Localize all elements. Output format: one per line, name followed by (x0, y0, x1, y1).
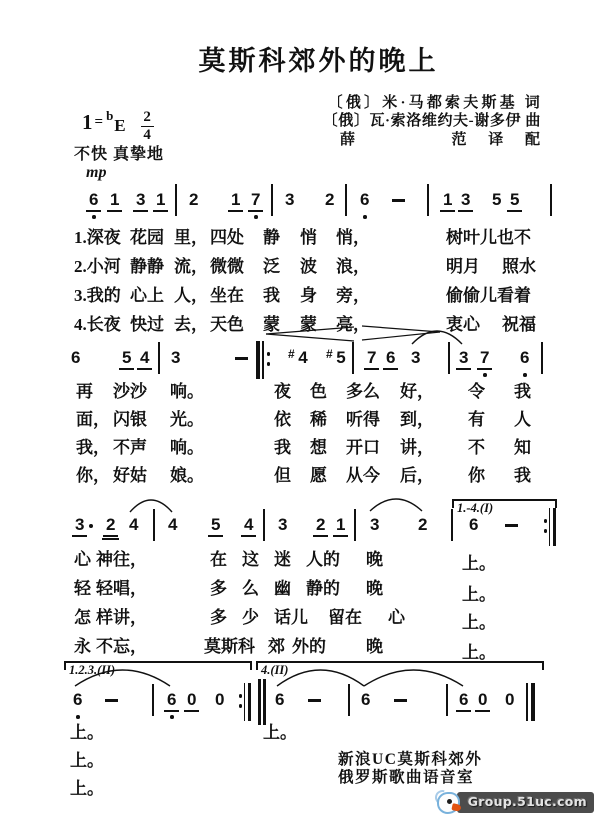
note-digit: 2 (186, 190, 201, 210)
note: 3 (282, 190, 297, 210)
final-barline (526, 683, 541, 721)
lyric-segment: 闪银 (113, 410, 147, 429)
barline (158, 342, 160, 374)
note-digit: 1 (440, 190, 455, 212)
footer-line1: 新浪UC莫斯科郊外 (338, 751, 482, 769)
lyric-segment: 1.深夜 (74, 228, 121, 247)
lyric-segment: 我， (76, 438, 110, 457)
lyric-segment: 这 (242, 550, 259, 569)
lyric-segment: 快过 (130, 315, 164, 334)
lyric-segment: 神往， (96, 550, 147, 569)
lyric-segment: 沙沙 (113, 382, 147, 401)
lyric-segment: 静静 (130, 257, 164, 276)
barline (153, 509, 155, 541)
note-digit: 6 (383, 348, 398, 370)
lyric-segment: 从今 (346, 466, 380, 485)
barline-stroke (262, 341, 264, 379)
lyric-segment: 不声 (113, 438, 147, 457)
note: 6 (164, 690, 179, 712)
lyric-segment: 悄 (300, 228, 317, 247)
lyric-segment: 心上 (130, 286, 164, 305)
note-digit: 3 (275, 515, 290, 535)
note: 6 (383, 348, 398, 370)
lyric-segment: 听得 (346, 410, 380, 429)
note: 1 (153, 190, 168, 212)
duck-eye (447, 799, 452, 804)
note: 3 (133, 190, 148, 212)
note-digit: 2 (313, 515, 328, 537)
note: 2 (415, 515, 430, 535)
lyric-segment: 再 (76, 382, 93, 401)
note: 2 (186, 190, 201, 210)
note: 3 (275, 515, 290, 535)
lyric-segment: 上。 (70, 779, 104, 798)
repeat-dot (544, 529, 548, 533)
volta-label: 1.2.3.(II) (69, 663, 115, 677)
note: 3 (367, 515, 382, 535)
note-digit: 5 (507, 190, 522, 212)
barline (451, 509, 453, 541)
repeat-end-barline (238, 683, 253, 721)
watermark: Group.51uc.com (435, 790, 594, 815)
note-digit: 6 (466, 515, 481, 535)
note: 7 (248, 190, 263, 212)
lyric-segment: 人的 (306, 550, 340, 569)
lyric-segment: 天色 (210, 315, 244, 334)
lyric-segment: 树叶儿也不 (446, 228, 531, 247)
note: 6 (86, 190, 101, 212)
note-digit: 2 (103, 515, 118, 537)
barline-stroke (263, 679, 266, 725)
lyric-segment: 上。 (462, 585, 496, 604)
lyric-segment: 多 (210, 608, 227, 627)
note: 6 (272, 690, 287, 710)
note-digit: 6 (272, 690, 287, 710)
lyric-segment: 悄， (336, 228, 370, 247)
lyric-segment: 不忘， (96, 637, 147, 656)
lyric-segment: 偷偷儿看着 (446, 286, 531, 305)
lyric-segment: 么 (242, 579, 259, 598)
note: 3 (168, 348, 183, 368)
music-line: 61312173261355 (0, 190, 599, 214)
note: 0 (502, 690, 517, 710)
lyric-segment: 轻 (74, 579, 91, 598)
note-digit: 4 (241, 515, 256, 537)
footer-line2: 俄罗斯歌曲语音室 (338, 769, 482, 787)
double-barline (258, 679, 273, 725)
lyric-segment: 心 (74, 550, 91, 569)
lyric-segment: 四处 (210, 228, 244, 247)
note-digit: 5 (489, 190, 504, 210)
lyric-segment: 迷 (274, 550, 291, 569)
repeat-dot (267, 362, 271, 366)
note: 6 (357, 190, 372, 210)
note: 6 (68, 348, 83, 368)
repeat-start-barline (256, 341, 271, 379)
score-layer: 613121732613556543#4#5763376324454321326… (0, 0, 599, 818)
lyric-segment: 浪， (336, 257, 370, 276)
note-digit: 6 (358, 690, 373, 710)
lyric-segment: 色 (310, 382, 327, 401)
lyric-segment: 依 (274, 410, 291, 429)
note: #5 (326, 348, 349, 368)
barline (271, 184, 273, 216)
lyric-segment: 不 (468, 438, 485, 457)
note: 1 (440, 190, 455, 212)
note: 0 (475, 690, 490, 712)
lyric-segment: 蒙 (300, 315, 317, 334)
lyric-segment: 好， (400, 382, 434, 401)
watermark-text: Group.51uc.com (457, 792, 594, 813)
note-digit: 7 (248, 190, 263, 212)
sheet-music-page: 莫斯科郊外的晚上 〔俄〕米·马都索夫斯基 词 〔俄〕瓦·索洛维约夫-谢多伊 曲 … (0, 0, 599, 818)
lyric-segment: 上。 (462, 613, 496, 632)
lyric-segment: 讲， (400, 438, 434, 457)
lyric-segment: 光。 (170, 410, 204, 429)
barline-stroke (256, 341, 260, 379)
barline (345, 184, 347, 216)
lyric-segment: 我 (514, 382, 531, 401)
lyric-segment: 人， (174, 286, 208, 305)
note-digit: 6 (70, 690, 85, 710)
lyric-segment: 愿 (310, 466, 327, 485)
note-digit: 3 (72, 515, 87, 537)
note: 0 (212, 690, 227, 710)
lyric-segment: 晚 (366, 579, 383, 598)
barline (448, 342, 450, 374)
note-digit: 6 (357, 190, 372, 210)
lyric-segment: 泛 (263, 257, 280, 276)
repeat-dot (267, 352, 271, 356)
lyric-segment: 2.小河 (74, 257, 121, 276)
barline (446, 684, 448, 716)
volta-bracket: 1.2.3.(II) (64, 661, 252, 672)
lyric-segment: 微微 (210, 257, 244, 276)
note-digit: 4 (295, 348, 310, 368)
note-digit: 3 (168, 348, 183, 368)
lyric-segment: 开口 (346, 438, 380, 457)
lyric-segment: 4.长夜 (74, 315, 121, 334)
repeat-dot (239, 704, 243, 708)
lyric-segment: 有 (468, 410, 485, 429)
lyric-segment: 花园 (130, 228, 164, 247)
lyric-segment: 静的 (306, 579, 340, 598)
footer-note: 新浪UC莫斯科郊外 俄罗斯歌曲语音室 (338, 751, 482, 786)
note-digit: 3 (456, 348, 471, 370)
note-digit: 5 (119, 348, 134, 370)
volta-bracket: 1.-4.(I) (452, 499, 557, 510)
note: 7 (477, 348, 492, 370)
lyric-segment: 你， (76, 466, 110, 485)
note-digit: 2 (415, 515, 430, 535)
lyric-segment: 去， (174, 315, 208, 334)
lyric-segment: 多么 (346, 382, 380, 401)
lyric-segment: 面， (76, 410, 110, 429)
volta-label: 1.-4.(I) (457, 501, 493, 515)
note-digit: 6 (456, 690, 471, 712)
dash-note (105, 699, 118, 702)
lyric-segment: 留在 (328, 608, 362, 627)
lyric-segment: 亮， (336, 315, 370, 334)
note-digit: 4 (126, 515, 141, 535)
lyric-segment: 上。 (462, 554, 496, 573)
note-digit: 3 (282, 190, 297, 210)
lyric-segment: 郊 (268, 637, 285, 656)
lyric-segment: 稀 (310, 410, 327, 429)
lyric-segment: 流， (174, 257, 208, 276)
barline (550, 184, 552, 216)
lyric-segment: 想 (310, 438, 327, 457)
note: 1 (333, 515, 348, 537)
lyric-segment: 人 (514, 410, 531, 429)
lyric-segment: 波 (300, 257, 317, 276)
barline-stroke (248, 683, 252, 721)
repeat-dot (239, 694, 243, 698)
note-digit: 3 (367, 515, 382, 535)
music-line: 660066600 (0, 690, 599, 714)
note-digit: 0 (212, 690, 227, 710)
lyric-segment: 怎 (74, 608, 91, 627)
note: 4 (165, 515, 180, 535)
note-digit: 5 (333, 348, 348, 368)
note: 5 (208, 515, 223, 537)
music-line: 6543#4#5763376 (0, 348, 599, 372)
lyric-segment: 上。 (70, 723, 104, 742)
note: 3 (408, 348, 423, 368)
lyric-segment: 坐在 (210, 286, 244, 305)
barline (541, 342, 543, 374)
note: 3 (458, 190, 473, 212)
barline-stroke (258, 679, 261, 725)
lyric-segment: 样讲， (96, 608, 147, 627)
note-digit: 1 (333, 515, 348, 537)
lyric-segment: 蒙 (263, 315, 280, 334)
lyric-segment: 话儿 (274, 608, 308, 627)
music-line: 324454321326 (0, 515, 599, 539)
note-digit: 6 (86, 190, 101, 212)
lyric-segment: 但 (274, 466, 291, 485)
lyric-segment: 响。 (170, 382, 204, 401)
dash-note (308, 699, 321, 702)
note-digit: 6 (68, 348, 83, 368)
note-digit: 1 (153, 190, 168, 212)
note: 3 (456, 348, 471, 370)
lyric-segment: 在 (210, 550, 227, 569)
barline (348, 684, 350, 716)
lyric-segment: 心 (388, 608, 405, 627)
lyric-segment: 上。 (70, 751, 104, 770)
note: 1 (228, 190, 243, 212)
lyric-segment: 少 (242, 608, 259, 627)
note: 6 (466, 515, 481, 535)
lyric-segment: 身 (300, 286, 317, 305)
note: 4 (126, 515, 141, 535)
lyric-segment: 知 (514, 438, 531, 457)
barline (175, 184, 177, 216)
barline (352, 342, 354, 374)
barline (152, 684, 154, 716)
lyric-segment: 多 (210, 579, 227, 598)
lyric-segment: 轻唱， (96, 579, 147, 598)
lyric-segment: 外的 (292, 637, 326, 656)
note: 1 (107, 190, 122, 212)
sharp-icon: # (288, 347, 295, 361)
augmentation-dot (89, 524, 93, 528)
note-digit: 4 (137, 348, 152, 370)
note: 6 (70, 690, 85, 710)
note-digit: 0 (184, 690, 199, 712)
lyric-segment: 3.我的 (74, 286, 121, 305)
lyric-segment: 响。 (170, 438, 204, 457)
lyric-segment: 好姑 (113, 466, 147, 485)
note-digit: 1 (107, 190, 122, 212)
note: 6 (456, 690, 471, 712)
note: 5 (489, 190, 504, 210)
note: 2 (313, 515, 328, 537)
lyric-segment: 到， (400, 410, 434, 429)
lyric-segment: 夜 (274, 382, 291, 401)
lyric-segment: 莫斯科 (204, 637, 255, 656)
lyric-segment: 晚 (366, 637, 383, 656)
lyric-segment: 明月 (446, 257, 480, 276)
lyric-segment: 祝福 (502, 315, 536, 334)
note: 4 (137, 348, 152, 370)
lyric-segment: 旁， (336, 286, 370, 305)
lyric-segment: 幽 (274, 579, 291, 598)
repeat-end-barline (543, 508, 558, 546)
note-digit: 3 (133, 190, 148, 212)
note-digit: 5 (208, 515, 223, 537)
barline-stroke (531, 683, 535, 721)
barline (263, 509, 265, 541)
note-digit: 0 (502, 690, 517, 710)
lyric-segment: 永 (74, 637, 91, 656)
lyric-segment: 你 (468, 466, 485, 485)
lyric-segment: 上。 (263, 723, 297, 742)
note: 7 (364, 348, 379, 370)
note-digit: 1 (228, 190, 243, 212)
lyric-segment: 我 (263, 286, 280, 305)
lyric-segment: 里， (174, 228, 208, 247)
lyric-segment: 上。 (462, 643, 496, 662)
lyric-segment: 我 (274, 438, 291, 457)
note: 6 (358, 690, 373, 710)
barline (354, 509, 356, 541)
note: 0 (184, 690, 199, 712)
sharp-icon: # (326, 347, 333, 361)
lyric-segment: 照水 (502, 257, 536, 276)
barline (427, 184, 429, 216)
lyric-segment: 娘。 (170, 466, 204, 485)
lyric-segment: 后， (400, 466, 434, 485)
barline-stroke (526, 683, 528, 721)
note-digit: 2 (322, 190, 337, 210)
note: 3 (72, 515, 93, 537)
barline-stroke (549, 508, 551, 546)
lyric-segment: 衷心 (446, 315, 480, 334)
note-digit: 4 (165, 515, 180, 535)
note: 2 (103, 515, 118, 537)
dash-note (235, 357, 248, 360)
duck-icon (435, 790, 462, 815)
barline-stroke (244, 683, 246, 721)
lyric-segment: 晚 (366, 550, 383, 569)
note: #4 (288, 348, 311, 368)
note: 2 (322, 190, 337, 210)
lyric-segment: 我 (514, 466, 531, 485)
volta-bracket: 4.(II) (256, 661, 544, 672)
note-digit: 3 (458, 190, 473, 212)
lyric-segment: 静 (263, 228, 280, 247)
lyric-segment: 令 (468, 382, 485, 401)
note-digit: 0 (475, 690, 490, 712)
dash-note (392, 199, 405, 202)
note-digit: 6 (517, 348, 532, 368)
note: 4 (241, 515, 256, 537)
note-digit: 7 (477, 348, 492, 370)
note: 5 (507, 190, 522, 212)
note: 6 (517, 348, 532, 368)
dash-note (505, 524, 518, 527)
note-digit: 7 (364, 348, 379, 370)
note-digit: 6 (164, 690, 179, 712)
volta-label: 4.(II) (261, 663, 288, 677)
note-digit: 3 (408, 348, 423, 368)
barline-stroke (553, 508, 557, 546)
dash-note (394, 699, 407, 702)
repeat-dot (544, 519, 548, 523)
note: 5 (119, 348, 134, 370)
